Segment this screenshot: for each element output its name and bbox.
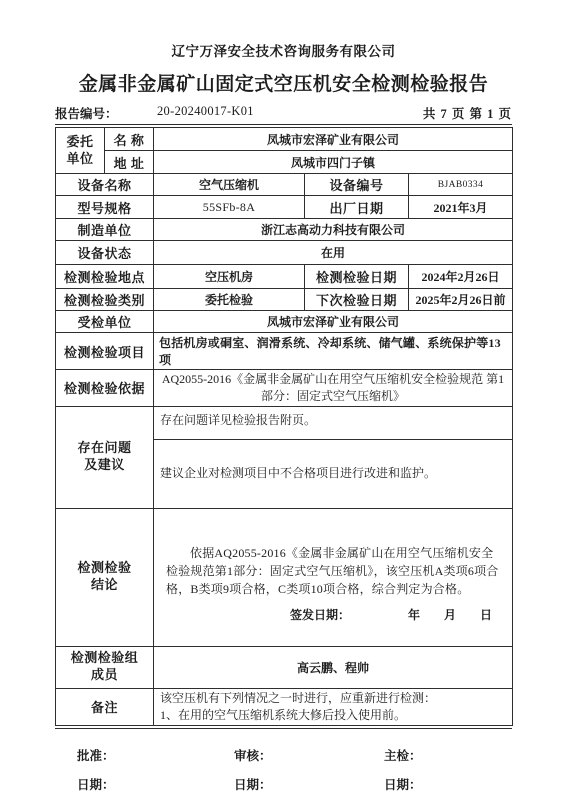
device-name-value: 空气压缩机 [154,174,305,196]
factory-date-value: 2021年3月 [409,196,513,219]
factory-date-label: 出厂日期 [305,196,409,219]
table-row: 委托 单位 名 称 凤城市宏泽矿业有限公司 [56,128,513,151]
status-value: 在用 [154,241,513,265]
remark-line2: 1、在用的空气压缩机系统大修后投入使用前。 [160,707,506,724]
inspect-category-value: 委托检验 [154,289,305,311]
status-label: 设备状态 [56,241,154,265]
device-no-value: BJAB0334 [409,174,513,196]
inspect-date-value: 2024年2月26日 [409,265,513,289]
inspect-date-label: 检测检验日期 [305,265,409,289]
remark-label: 备注 [56,688,154,726]
inspect-basis-label: 检测检验依据 [56,370,154,407]
approve-date-label: 日期： [77,775,115,793]
table-row: 地 址 凤城市四门子镇 [56,151,513,174]
conclusion-label: 检测检验 结论 [56,508,154,646]
client-name-value: 凤城市宏泽矿业有限公司 [154,128,513,151]
problems-label: 存在问题 及建议 [56,406,154,508]
table-row: 受检单位 凤城市宏泽矿业有限公司 [56,311,513,333]
report-table-border: 委托 单位 名 称 凤城市宏泽矿业有限公司 地 址 凤城市四门子镇 设备名称 空… [55,124,512,729]
inspect-basis-value: AQ2055-2016《金属非金属矿山在用空气压缩机安全检验规范 第1部分：固定… [154,370,513,407]
chief-date-label: 日期： [384,775,422,793]
team-value: 高云鹏、程帅 [154,646,513,688]
device-name-label: 设备名称 [56,174,154,196]
client-addr-label: 地 址 [105,151,154,174]
report-no-value: 20-20240017-K01 [157,104,254,119]
report-number-line: 报告编号： 20-20240017-K01 共 7 页 第 1 页 [55,104,512,121]
inspect-location-label: 检测检验地点 [56,265,154,289]
problems-line1: 存在问题详见检验报告附页。 [154,406,513,439]
signature-footer: 批准： 审核： 主检： 日期： 日期： 日期： [55,746,512,802]
remark-line1: 该空压机有下列情况之一时进行，应重新进行检测： [160,690,506,707]
table-row: 检测检验项目 包括机房或硐室、润滑系统、冷却系统、储气罐、系统保护等13项 [56,333,513,370]
company-name: 辽宁万泽安全技术咨询服务有限公司 [0,40,567,60]
review-date-label: 日期： [234,775,272,793]
page-count: 共 7 页 第 1 页 [423,104,512,122]
inspect-location-value: 空压机房 [154,265,305,289]
model-value: 55SFb-8A [154,196,305,219]
client-addr-value: 凤城市四门子镇 [154,151,513,174]
team-label: 检测检验组 成员 [56,646,154,688]
approve-label: 批准： [77,746,115,764]
sign-date-fields: 年 月 日 [408,608,492,622]
table-row: 制造单位 浙江志高动力科技有限公司 [56,219,513,241]
table-row: 检测检验 结论 依据AQ2055-2016《金属非金属矿山在用空气压缩机安全检验… [56,508,513,646]
sign-date-label: 签发日期： [290,608,350,622]
table-row: 存在问题 及建议 存在问题详见检验报告附页。 [56,406,513,439]
manufacturer-label: 制造单位 [56,219,154,241]
sign-date-row: 签发日期： 年 月 日 [160,607,506,624]
next-date-value: 2025年2月26日前 [409,289,513,311]
next-date-label: 下次检验日期 [305,289,409,311]
client-unit-label: 委托 单位 [56,128,105,174]
report-title: 金属非金属矿山固定式空压机安全检测检验报告 [0,69,567,96]
client-name-label: 名 称 [105,128,154,151]
manufacturer-value: 浙江志高动力科技有限公司 [154,219,513,241]
conclusion-cell: 依据AQ2055-2016《金属非金属矿山在用空气压缩机安全检验规范第1部分：固… [154,508,513,646]
table-row: 检测检验地点 空压机房 检测检验日期 2024年2月26日 [56,265,513,289]
remark-cell: 该空压机有下列情况之一时进行，应重新进行检测： 1、在用的空气压缩机系统大修后投… [154,688,513,726]
report-no-label: 报告编号： [55,104,118,122]
inspected-unit-label: 受检单位 [56,311,154,333]
inspect-category-label: 检测检验类别 [56,289,154,311]
report-table: 委托 单位 名 称 凤城市宏泽矿业有限公司 地 址 凤城市四门子镇 设备名称 空… [55,127,513,726]
table-row: 型号规格 55SFb-8A 出厂日期 2021年3月 [56,196,513,219]
problems-line2: 建议企业对检测项目中不合格项目进行改进和监护。 [154,439,513,508]
chief-label: 主检： [384,746,422,764]
report-header: 辽宁万泽安全技术咨询服务有限公司 金属非金属矿山固定式空压机安全检测检验报告 报… [0,0,567,121]
inspect-items-label: 检测检验项目 [56,333,154,370]
table-row: 设备名称 空气压缩机 设备编号 BJAB0334 [56,174,513,196]
inspected-unit-value: 凤城市宏泽矿业有限公司 [154,311,513,333]
table-row: 设备状态 在用 [56,241,513,265]
conclusion-text: 依据AQ2055-2016《金属非金属矿山在用空气压缩机安全检验规范第1部分：固… [160,544,506,598]
table-row: 检测检验依据 AQ2055-2016《金属非金属矿山在用空气压缩机安全检验规范 … [56,370,513,407]
device-no-label: 设备编号 [305,174,409,196]
report-page: 辽宁万泽安全技术咨询服务有限公司 金属非金属矿山固定式空压机安全检测检验报告 报… [0,0,567,802]
table-row: 检测检验组 成员 高云鹏、程帅 [56,646,513,688]
table-row: 备注 该空压机有下列情况之一时进行，应重新进行检测： 1、在用的空气压缩机系统大… [56,688,513,726]
review-label: 审核： [234,746,272,764]
inspect-items-value: 包括机房或硐室、润滑系统、冷却系统、储气罐、系统保护等13项 [154,333,513,370]
table-row: 检测检验类别 委托检验 下次检验日期 2025年2月26日前 [56,289,513,311]
model-label: 型号规格 [56,196,154,219]
